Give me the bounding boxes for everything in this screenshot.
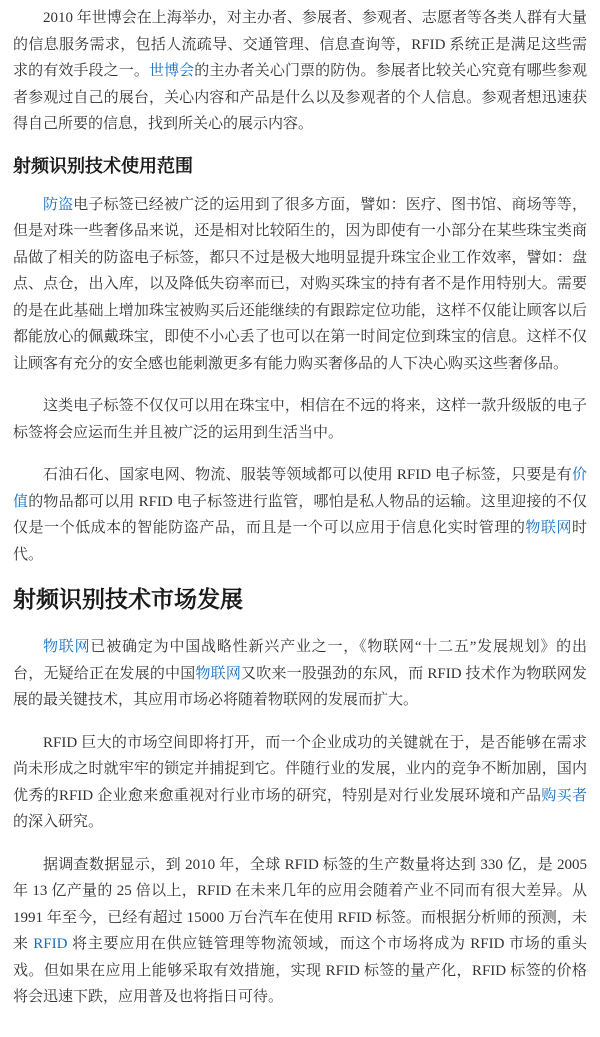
paragraph: 物联网已被确定为中国战略性新兴产业之一，《物联网“十二五”发展规划》的出台，无疑… [13, 634, 587, 714]
paragraph: 防盗电子标签已经被广泛的运用到了很多方面，譬如：医疗、图书馆、商场等等，但是对珠… [13, 192, 587, 378]
paragraph: RFID 巨大的市场空间即将打开，而一个企业成功的关键就在于，是否能够在需求尚未… [13, 730, 587, 836]
inline-link[interactable]: RFID [33, 936, 67, 952]
text-run: 石油石化、国家电网、物流、服装等领域都可以使用 RFID 电子标签，只要是有 [43, 467, 572, 483]
inline-link[interactable]: 物联网 [525, 520, 572, 536]
paragraph: 石油石化、国家电网、物流、服装等领域都可以使用 RFID 电子标签，只要是有价值… [13, 462, 587, 568]
text-run: RFID 巨大的市场空间即将打开，而一个企业成功的关键就在于，是否能够在需求尚未… [13, 735, 587, 804]
text-run: 将主要应用在供应链管理等物流领域，而这个市场将成为 RFID 市场的重头戏。但如… [13, 936, 587, 1005]
text-run: 这类电子标签不仅仅可以用在珠宝中，相信在不远的将来，这样一款升级版的电子标签将会… [13, 398, 587, 441]
text-run: 的深入研究。 [13, 814, 103, 830]
text-run: 电子标签已经被广泛的运用到了很多方面，譬如：医疗、图书馆、商场等等，但是对珠一些… [13, 197, 587, 372]
section-heading: 射频识别技术市场发展 [13, 584, 587, 614]
paragraph: 这类电子标签不仅仅可以用在珠宝中，相信在不远的将来，这样一款升级版的电子标签将会… [13, 393, 587, 446]
text-run: 的物品都可以用 RFID 电子标签进行监管，哪怕是私人物品的运输。这里迎接的不仅… [13, 494, 587, 537]
inline-link[interactable]: 购买者 [541, 788, 587, 804]
paragraph: 据调查数据显示，到 2010 年，全球 RFID 标签的生产数量将达到 330 … [13, 852, 587, 1011]
inline-link[interactable]: 物联网 [195, 666, 241, 682]
inline-link[interactable]: 防盗 [43, 197, 73, 213]
paragraph: 2010 年世博会在上海举办，对主办者、参展者、参观者、志愿者等各类人群有大量的… [13, 5, 587, 138]
inline-link[interactable]: 世博会 [149, 63, 194, 79]
document-page: { "page": { "background_color": "#ffffff… [0, 0, 600, 1037]
article-body: 2010 年世博会在上海举办，对主办者、参展者、参观者、志愿者等各类人群有大量的… [13, 5, 587, 1011]
section-heading: 射频识别技术使用范围 [13, 154, 587, 178]
inline-link[interactable]: 物联网 [43, 639, 90, 655]
